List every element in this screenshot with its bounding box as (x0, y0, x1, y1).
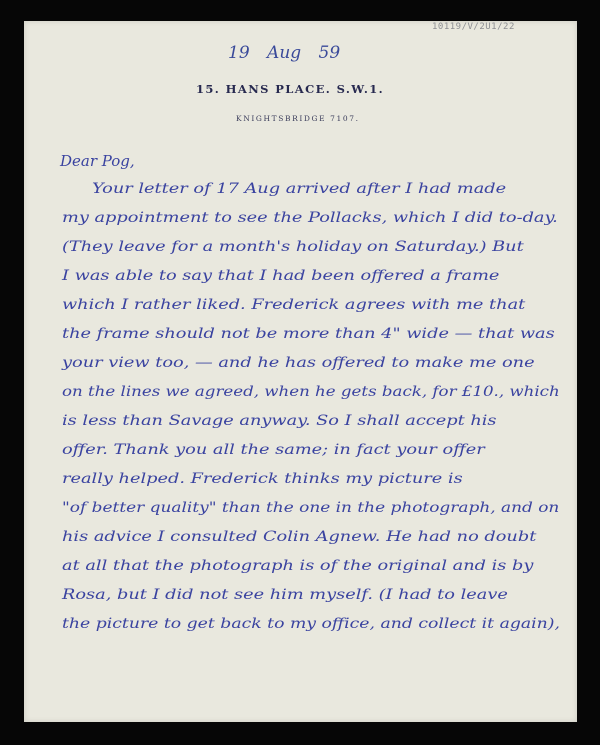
letter-line: is less than Savage anyway. So I shall a… (62, 413, 497, 429)
letter-line: at all that the photograph is of the ori… (62, 558, 533, 574)
letter-line: the frame should not be more than 4" wid… (62, 326, 555, 342)
letter-line: your view too, — and he has offered to m… (62, 355, 535, 371)
salutation: Dear Pog, (60, 152, 135, 170)
letterhead-address: 15. HANS PLACE. S.W.1. (196, 82, 384, 96)
letter-line: his advice I consulted Colin Agnew. He h… (62, 529, 536, 545)
letter-line: Rosa, but I did not see him myself. (I h… (62, 587, 508, 603)
letter-line: (They leave for a month's holiday on Sat… (62, 239, 524, 255)
archive-reference: 10119/V/2U1/22 (432, 22, 515, 32)
letter-line: which I rather liked. Frederick agrees w… (62, 297, 525, 313)
letter-line: Your letter of 17 Aug arrived after I ha… (92, 181, 506, 197)
letter-line: "of better quality" than the one in the … (62, 500, 559, 516)
letter-line: offer. Thank you all the same; in fact y… (62, 442, 485, 458)
letter-line: the picture to get back to my office, an… (62, 616, 560, 632)
letter-line: my appointment to see the Pollacks, whic… (62, 210, 558, 226)
letter-line: really helped. Frederick thinks my pictu… (62, 471, 463, 487)
letter-line: on the lines we agreed, when he gets bac… (62, 384, 560, 400)
letterhead-telephone: KNIGHTSBRIDGE 7107. (236, 114, 360, 123)
letter-line: I was able to say that I had been offere… (62, 268, 499, 284)
letter-date: 19 Aug 59 (228, 43, 340, 63)
